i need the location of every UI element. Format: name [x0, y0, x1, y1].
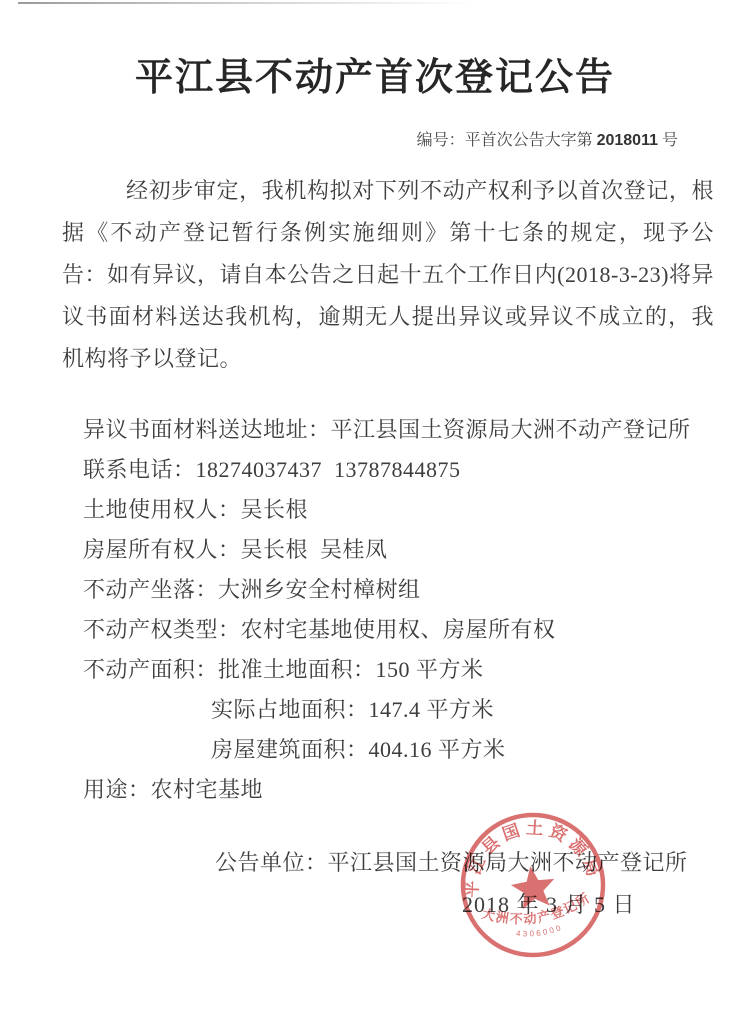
- svg-text:4306000: 4306000: [514, 922, 564, 941]
- scanner-edge-artifact: [18, 2, 498, 4]
- document-title: 平江县不动产首次登记公告: [30, 52, 720, 104]
- detail-line: 用途：农村宅基地: [83, 770, 720, 810]
- document-number-suffix: 号: [658, 132, 678, 149]
- detail-line: 异议书面材料送达地址：平江县国土资源局大洲不动产登记所: [83, 410, 720, 450]
- detail-line: 房屋建筑面积：404.16 平方米: [83, 730, 720, 770]
- document-number-value: 2018011: [597, 132, 658, 149]
- detail-line: 不动产坐落：大洲乡安全村樟树组: [83, 570, 720, 610]
- detail-line: 不动产权类型：农村宅基地使用权、房屋所有权: [83, 610, 720, 650]
- issue-date: 2018 年 3 月 5 日: [462, 888, 720, 922]
- detail-line: 房屋所有权人：吴长根 吴桂凤: [83, 530, 720, 570]
- issuer-line: 公告单位：平江县国土资源局大洲不动产登记所: [215, 846, 720, 880]
- document-footer: 公告单位：平江县国土资源局大洲不动产登记所 2018 年 3 月 5 日: [30, 846, 720, 922]
- detail-line: 土地使用权人：吴长根: [83, 490, 720, 530]
- document-number-prefix: 编号：平首次公告大字第: [417, 132, 597, 149]
- notice-document: 平江县不动产首次登记公告 编号：平首次公告大字第 2018011 号 经初步审定…: [0, 52, 750, 922]
- detail-line: 不动产面积：批准土地面积：150 平方米: [83, 650, 720, 690]
- notice-body-paragraph: 经初步审定，我机构拟对下列不动产权利予以首次登记，根据《不动产登记暂行条例实施细…: [62, 170, 714, 380]
- seal-code-number: 4306000: [514, 922, 564, 941]
- detail-line: 联系电话：18274037437 13787844875: [83, 450, 720, 490]
- document-number-line: 编号：平首次公告大字第 2018011 号: [30, 130, 720, 152]
- property-details-list: 异议书面材料送达地址：平江县国土资源局大洲不动产登记所联系电话：18274037…: [83, 410, 720, 810]
- detail-line: 实际占地面积：147.4 平方米: [83, 690, 720, 730]
